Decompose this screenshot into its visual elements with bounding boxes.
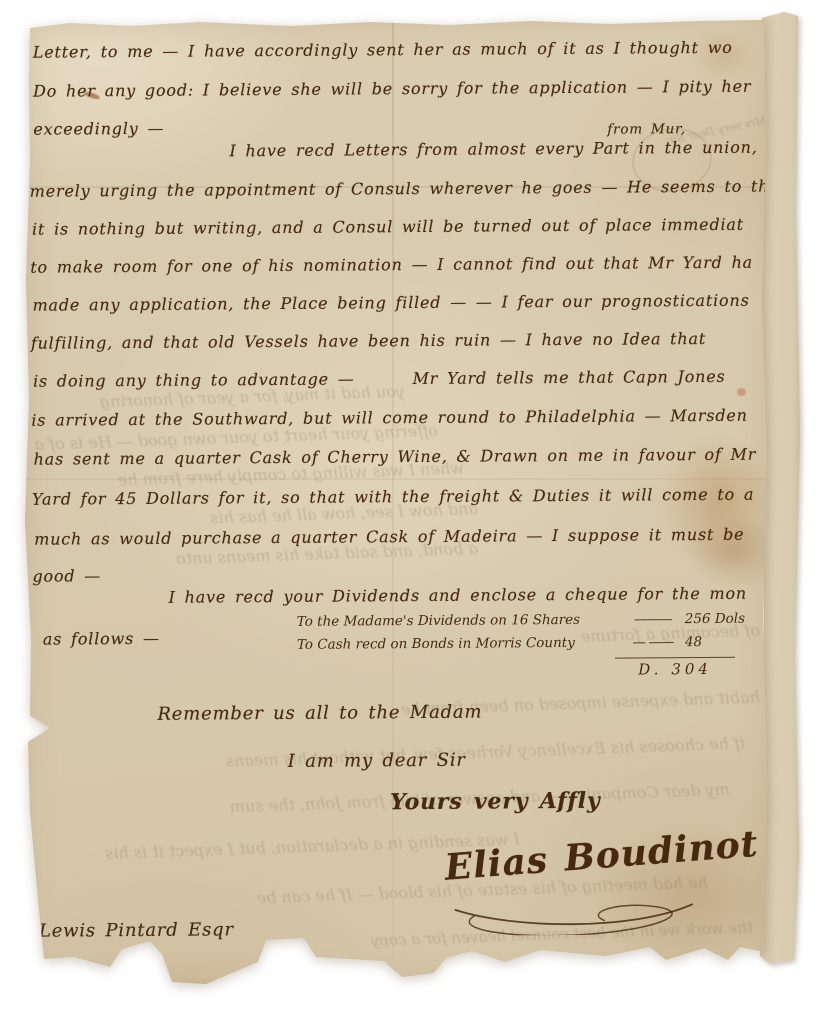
accounts-block: To the Madame's Dividends on 16 Shares —… bbox=[297, 611, 759, 681]
letter-line: much as would purchase a quarter Cask of… bbox=[34, 525, 744, 549]
letter-line: good — bbox=[32, 566, 101, 585]
account-amount: 48 bbox=[685, 634, 759, 651]
account-total: D. 304 bbox=[615, 657, 735, 679]
letter-line: has sent me a quarter Cask of Cherry Win… bbox=[34, 445, 757, 469]
letter-line: exceedingly — bbox=[33, 119, 164, 139]
account-row: To the Madame's Dividends on 16 Shares —… bbox=[297, 611, 759, 630]
closing-valediction: Yours very Affly bbox=[390, 788, 601, 815]
signature: Elias Boudinot bbox=[443, 823, 759, 889]
account-amount: 256 Dols bbox=[685, 611, 759, 628]
account-label: To Cash recd on Bonds in Morris County bbox=[297, 635, 621, 653]
letter-line: Yard for 45 Dollars for it, so that with… bbox=[32, 485, 754, 509]
letter-line-part: Mr Yard tells me that Capn Jones bbox=[412, 367, 725, 388]
account-label: To the Madame's Dividends on 16 Shares bbox=[297, 612, 621, 630]
letter-line: Do her any good: I believe she will be s… bbox=[33, 77, 751, 101]
interlinear-insertion: from Mur, bbox=[607, 121, 686, 138]
closing-salutation: I am my dear Sir bbox=[288, 750, 466, 772]
closing-remember: Remember us all to the Madam bbox=[157, 702, 482, 725]
signature-flourish bbox=[435, 890, 715, 936]
letter-line: I have recd Letters from almost every Pa… bbox=[229, 138, 757, 161]
letter-page-wrap: Mrs very Dear Sir you had it may, for a … bbox=[0, 0, 835, 1024]
letter-page: Mrs very Dear Sir you had it may, for a … bbox=[0, 0, 835, 1024]
letter-line: as follows — bbox=[43, 629, 160, 649]
letter-line: made any application, the Place being fi… bbox=[32, 291, 749, 315]
letter-line: is doing any thing to advantage — Mr Yar… bbox=[33, 367, 726, 391]
letter-line-part: is doing any thing to advantage — bbox=[33, 369, 355, 390]
letter-line: I have recd your Dividends and enclose a… bbox=[169, 584, 748, 607]
letter-line: it is nothing but writing, and a Consul … bbox=[32, 215, 744, 239]
addressee: Lewis Pintard Esqr bbox=[39, 919, 234, 941]
letter-line: is arrived at the Southward, but will co… bbox=[31, 406, 748, 430]
letter-line: Letter, to me — I have accordingly sent … bbox=[33, 38, 733, 62]
letter-line: merely urging the appointment of Consuls… bbox=[30, 176, 787, 200]
letter-line: fulfilling, and that old Vessels have be… bbox=[31, 329, 706, 353]
letter-body: Letter, to me — I have accordingly sent … bbox=[0, 0, 835, 1024]
account-dashes: ——— bbox=[621, 611, 685, 627]
letter-line: to make room for one of his nomination —… bbox=[30, 253, 753, 277]
account-dashes: — —— bbox=[621, 634, 685, 650]
account-row: To Cash recd on Bonds in Morris County —… bbox=[297, 634, 759, 653]
